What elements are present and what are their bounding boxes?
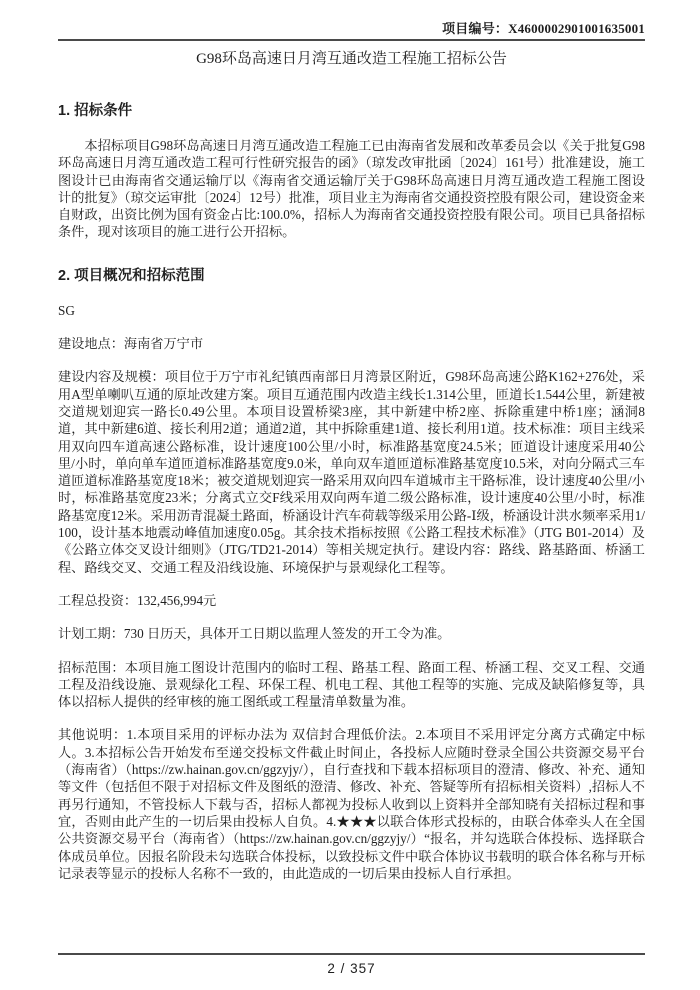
other-notes: 其他说明：1.本项目采用的评标办法为 双信封合理低价法。2.本项目不采用评定分离… bbox=[58, 726, 645, 882]
project-number-row: 项目编号：X4600002901001635001 bbox=[58, 20, 645, 37]
header-divider bbox=[58, 39, 645, 41]
total-investment: 工程总投资：132,456,994元 bbox=[58, 592, 645, 609]
document-page: 项目编号：X4600002901001635001 G98环岛高速日月湾互通改造… bbox=[0, 0, 700, 990]
section-tag: SG bbox=[58, 302, 645, 319]
planned-duration: 计划工期：730 日历天，具体开工日期以监理人签发的开工令为准。 bbox=[58, 625, 645, 642]
bid-scope: 招标范围：本项目施工图设计范围内的临时工程、路基工程、路面工程、桥涵工程、交叉工… bbox=[58, 659, 645, 711]
page-number: 2 / 357 bbox=[58, 955, 645, 976]
section-1-heading: 1. 招标条件 bbox=[58, 102, 645, 121]
document-title: G98环岛高速日月湾互通改造工程施工招标公告 bbox=[58, 49, 645, 70]
construction-scope-detail: 建设内容及规模：项目位于万宁市礼纪镇西南部日月湾景区附近，G98环岛高速公路K1… bbox=[58, 368, 645, 576]
section-1-body: 本招标项目G98环岛高速日月湾互通改造工程施工已由海南省发展和改革委员会以《关于… bbox=[58, 137, 645, 241]
section-2-heading: 2. 项目概况和招标范围 bbox=[58, 267, 645, 286]
page-footer: 2 / 357 bbox=[58, 953, 645, 976]
construction-location: 建设地点：海南省万宁市 bbox=[58, 335, 645, 352]
project-number-label: 项目编号： bbox=[442, 21, 508, 36]
project-number-value: X4600002901001635001 bbox=[508, 21, 645, 36]
